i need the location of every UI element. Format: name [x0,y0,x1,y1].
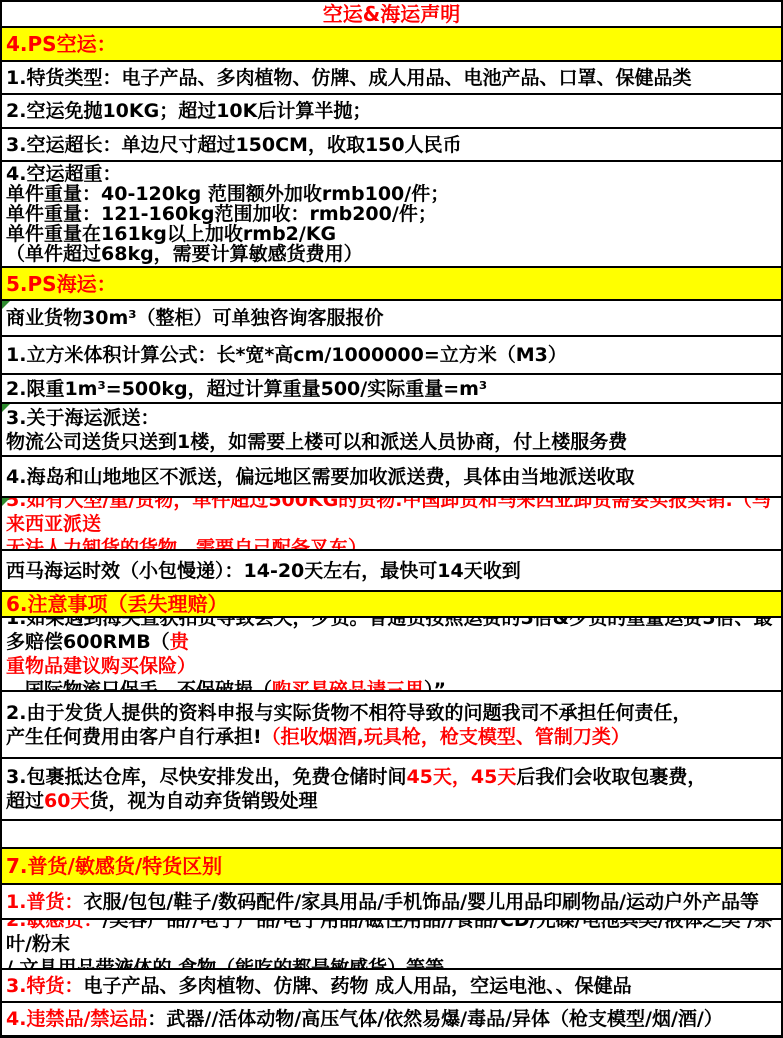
spacer-row [2,821,781,849]
category-sensitive-goods-line: / 文具用品带液体的 食物（能吃的都是敏感货）等等 [6,956,777,970]
sea-item-heavy-cargo-line: 无法人力卸货的货物，需要自己配备叉车） [6,536,777,552]
sea-item-weight-limit-text: 2.限重1m³=500kg，超过计算重量500/实际重量=m³ [6,378,487,400]
air-item-overlength-text: 3.空运超长：单边尺寸超过150CM，收取150人民币 [6,134,462,156]
air-item-overweight-text: 单件重量：121-160kg范围加收：rmb200/件； [6,203,437,225]
sea-transit-time-text: 西马海运时效（小包慢递）：14-20天左右，最快可14天收到 [6,560,521,582]
sea-item-heavy-cargo-line: 5.如有大型/重/货物，单件超过500KG的货物.中国卸货和马来西亚卸货需要实报… [6,498,777,536]
air-item-overweight-line: 单件重量在161kg以上加收rmb2/KG [6,224,777,244]
category-special-goods-line: 3.特货：电子产品、多肉植物、仿牌、药物 成人用品，空运电池、、保健品 [6,974,777,998]
sea-item-delivery-line: 物流公司送货只送到1楼，如需要上楼可以和派送人员协商，付上楼服务费 [6,430,777,454]
sea-item-weight-limit-line: 2.限重1m³=500kg，超过计算重量500/实际重量=m³ [6,377,777,401]
air-item-overweight-line: 单件重量：121-160kg范围加收：rmb200/件； [6,204,777,224]
sea-item-delivery-text: 3.关于海运派送： [6,407,159,429]
sea-section-header: 5.PS海运： [2,268,781,301]
sea-intro-full-container-text: 商业货物30m³（整柜）可单独咨询客服报价 [6,307,384,329]
notice-item-storage-line: 超过60天货，视为自动弃货销毁处理 [6,789,777,813]
sea-item-remote-area-text: 4.海岛和山地地区不派送，偏远地区需要加收派送费，具体由当地派送收取 [6,466,634,488]
sea-item-delivery-text: 物流公司送货只送到1楼，如需要上楼可以和派送人员协商，付上楼服务费 [6,431,627,453]
category-sensitive-goods-text: 2.敏感货： [6,920,102,931]
notice-item-customs-loss: 1.如果遇到海关查获扣货导致丢失，少货。普通货按照运费的5倍&少货的重量运费5倍… [2,618,781,692]
category-prohibited-goods-line: 4.违禁品/禁运品：武器//活体动物/高压气体/依然易爆/毒品/异体（枪支模型/… [6,1007,777,1031]
sea-item-volume-formula: 1.立方米体积计算公式：长*宽*高cm/1000000=立方米（M3） [2,337,781,375]
notice-item-customs-loss-text: 贵 [170,631,189,653]
cell-note-marker-icon [2,404,10,412]
sea-item-delivery: 3.关于海运派送：物流公司送货只送到1楼，如需要上楼可以和派送人员协商，付上楼服… [2,404,781,457]
notice-item-storage-text: 45天，45天 [406,766,516,788]
freight-notice-table: 空运&海运声明4.PS空运：1.特货类型：电子产品、多肉植物、仿牌、成人用品、电… [0,0,783,1038]
sea-item-heavy-cargo: 5.如有大型/重/货物，单件超过500KG的货物.中国卸货和马来西亚卸货需要实报… [2,498,781,551]
title-row: 空运&海运声明 [2,2,781,28]
sea-item-remote-area: 4.海岛和山地地区不派送，偏远地区需要加收派送费，具体由当地派送收取 [2,457,781,498]
air-item-overweight-line: （单件超过68kg，需要计算敏感货费用） [6,244,777,264]
sea-intro-full-container: 商业货物30m³（整柜）可单独咨询客服报价 [2,301,781,337]
sea-item-remote-area-line: 4.海岛和山地地区不派送，偏远地区需要加收派送费，具体由当地派送收取 [6,465,777,489]
notice-item-declaration-text: （拒收烟酒,玩具枪，枪支模型、管制刀类） [262,726,630,748]
notice-section-header-line: 6.注意事项（丢失理赔） [6,592,777,616]
notice-section-header: 6.注意事项（丢失理赔） [2,592,781,618]
category-prohibited-goods-text: ：武器//活体动物/高压气体/依然易爆/毒品/异体（枪支模型/烟/酒/） [147,1008,722,1030]
category-prohibited-goods: 4.违禁品/禁运品：武器//活体动物/高压气体/依然易爆/毒品/异体（枪支模型/… [2,1003,781,1037]
notice-item-customs-loss-text: 。国际物流只保丢，不保破损（ [6,679,272,692]
sea-section-header-text: 5.PS海运： [6,272,117,296]
notice-item-storage-text: 超过 [6,790,44,812]
cell-note-marker-icon [2,301,10,309]
sea-item-volume-formula-line: 1.立方米体积计算公式：长*宽*高cm/1000000=立方米（M3） [6,343,777,367]
category-sensitive-goods-text: /美容产品//电子产品/电子用品/磁性用品//食品/CD/光碟/电池具类/液体之… [6,920,773,955]
air-item-special-goods-line: 1.特货类型：电子产品、多肉植物、仿牌、成人用品、电池产品、口罩、保健品类 [6,66,777,90]
air-item-free-volumetric: 2.空运免抛10KG；超过10K后计算半抛； [2,95,781,129]
notice-item-storage: 3.包裹抵达仓库，尽快安排发出，免费仓储时间45天，45天后我们会收取包裹费，超… [2,759,781,821]
air-item-overweight: 4.空运超重：单件重量：40-120kg 范围额外加收rmb100/件；单件重量… [2,162,781,268]
category-normal-goods-text: 衣服/包包/鞋子/数码配件/家具用品/手机饰品/婴儿用品印刷物品/运动户外产品等 [83,891,759,913]
category-special-goods-text: 电子产品、多肉植物、仿牌、药物 成人用品，空运电池、、保健品 [83,975,631,997]
category-prohibited-goods-text: 4.违禁品/禁运品 [6,1008,147,1030]
air-item-free-volumetric-text: 2.空运免抛10KG；超过10K后计算半抛； [6,100,371,122]
sea-item-volume-formula-text: 1.立方米体积计算公式：长*宽*高cm/1000000=立方米（M3） [6,344,567,366]
notice-item-customs-loss-text: ）” [424,679,446,692]
notice-item-customs-loss-text: 1.如果遇到海关查获扣货导致丢失，少货。普通货按照运费的5倍&少货的重量运费5倍… [6,618,772,653]
notice-item-storage-text: 3.包裹抵达仓库，尽快安排发出，免费仓储时间 [6,766,406,788]
sea-transit-time-line: 西马海运时效（小包慢递）：14-20天左右，最快可14天收到 [6,559,777,583]
sea-section-header-line: 5.PS海运： [6,272,777,296]
title-row-text: 空运&海运声明 [323,2,460,26]
category-section-header-text: 7.普货/敏感货/特货区别 [6,854,222,878]
category-section-header: 7.普货/敏感货/特货区别 [2,849,781,885]
notice-item-storage-text: 60天 [44,790,89,812]
notice-item-customs-loss-line: 。国际物流只保丢，不保破损（购买易碎品请三思）” [6,678,777,692]
notice-item-storage-text: 后我们会收取包裹费， [516,766,706,788]
category-special-goods-text: 3.特货： [6,975,83,997]
air-section-header: 4.PS空运： [2,28,781,62]
notice-item-declaration-line: 产生任何费用由客户自行承担!（拒收烟酒,玩具枪，枪支模型、管制刀类） [6,725,777,749]
sea-item-delivery-line: 3.关于海运派送： [6,406,777,430]
cell-note-marker-icon [2,498,10,506]
air-section-header-line: 4.PS空运： [6,32,777,56]
category-special-goods: 3.特货：电子产品、多肉植物、仿牌、药物 成人用品，空运电池、、保健品 [2,970,781,1003]
air-item-overweight-text: 4.空运超重： [6,163,121,185]
category-sensitive-goods-line: 2.敏感货：/美容产品//电子产品/电子用品/磁性用品//食品/CD/光碟/电池… [6,920,777,956]
category-normal-goods-line: 1.普货：衣服/包包/鞋子/数码配件/家具用品/手机饰品/婴儿用品印刷物品/运动… [6,890,777,914]
air-item-free-volumetric-line: 2.空运免抛10KG；超过10K后计算半抛； [6,99,777,123]
category-normal-goods: 1.普货：衣服/包包/鞋子/数码配件/家具用品/手机饰品/婴儿用品印刷物品/运动… [2,885,781,920]
sea-item-heavy-cargo-text: 无法人力卸货的货物，需要自己配备叉车） [6,537,367,552]
sea-intro-full-container-line: 商业货物30m³（整柜）可单独咨询客服报价 [6,306,777,330]
notice-item-customs-loss-line: 1.如果遇到海关查获扣货导致丢失，少货。普通货按照运费的5倍&少货的重量运费5倍… [6,618,777,654]
notice-item-customs-loss-line: 重物品建议购买保险） [6,654,777,678]
notice-item-declaration-text: 产生任何费用由客户自行承担! [6,726,262,748]
notice-section-header-text: 6.注意事项（丢失理赔） [6,592,228,616]
notice-item-storage-line: 3.包裹抵达仓库，尽快安排发出，免费仓储时间45天，45天后我们会收取包裹费， [6,765,777,789]
sea-transit-time: 西马海运时效（小包慢递）：14-20天左右，最快可14天收到 [2,551,781,592]
air-item-overlength-line: 3.空运超长：单边尺寸超过150CM，收取150人民币 [6,133,777,157]
notice-item-declaration-text: 2.由于发货人提供的资料申报与实际货物不相符导致的问题我司不承担任何责任， [6,702,691,724]
air-item-special-goods: 1.特货类型：电子产品、多肉植物、仿牌、成人用品、电池产品、口罩、保健品类 [2,62,781,95]
air-item-overweight-text: 单件重量在161kg以上加收rmb2/KG [6,223,336,245]
category-sensitive-goods-text: / 文具用品带液体的 食物（能吃的都是敏感货）等等 [6,957,444,970]
air-item-overlength: 3.空运超长：单边尺寸超过150CM，收取150人民币 [2,129,781,162]
notice-item-storage-text: 货，视为自动弃货销毁处理 [89,790,317,812]
category-section-header-line: 7.普货/敏感货/特货区别 [6,854,777,878]
air-item-overweight-line: 4.空运超重： [6,164,777,184]
notice-item-customs-loss-text: 购买易碎品请三思 [272,679,424,692]
air-section-header-text: 4.PS空运： [6,32,117,56]
notice-item-customs-loss-text: 重物品建议购买保险） [6,655,196,677]
notice-item-declaration-line: 2.由于发货人提供的资料申报与实际货物不相符导致的问题我司不承担任何责任， [6,701,777,725]
sea-item-heavy-cargo-text: 5.如有大型/重/货物，单件超过500KG的货物.中国卸货和马来西亚卸货需要实报… [6,498,771,535]
air-item-overweight-text: （单件超过68kg，需要计算敏感货费用） [6,243,363,265]
air-item-overweight-line: 单件重量：40-120kg 范围额外加收rmb100/件； [6,184,777,204]
air-item-overweight-text: 单件重量：40-120kg 范围额外加收rmb100/件； [6,183,449,205]
title-row-line: 空运&海运声明 [323,2,460,26]
notice-item-declaration: 2.由于发货人提供的资料申报与实际货物不相符导致的问题我司不承担任何责任，产生任… [2,692,781,759]
sea-item-weight-limit: 2.限重1m³=500kg，超过计算重量500/实际重量=m³ [2,375,781,404]
category-normal-goods-text: 1.普货： [6,891,83,913]
category-sensitive-goods: 2.敏感货：/美容产品//电子产品/电子用品/磁性用品//食品/CD/光碟/电池… [2,920,781,970]
air-item-special-goods-text: 1.特货类型：电子产品、多肉植物、仿牌、成人用品、电池产品、口罩、保健品类 [6,67,691,89]
